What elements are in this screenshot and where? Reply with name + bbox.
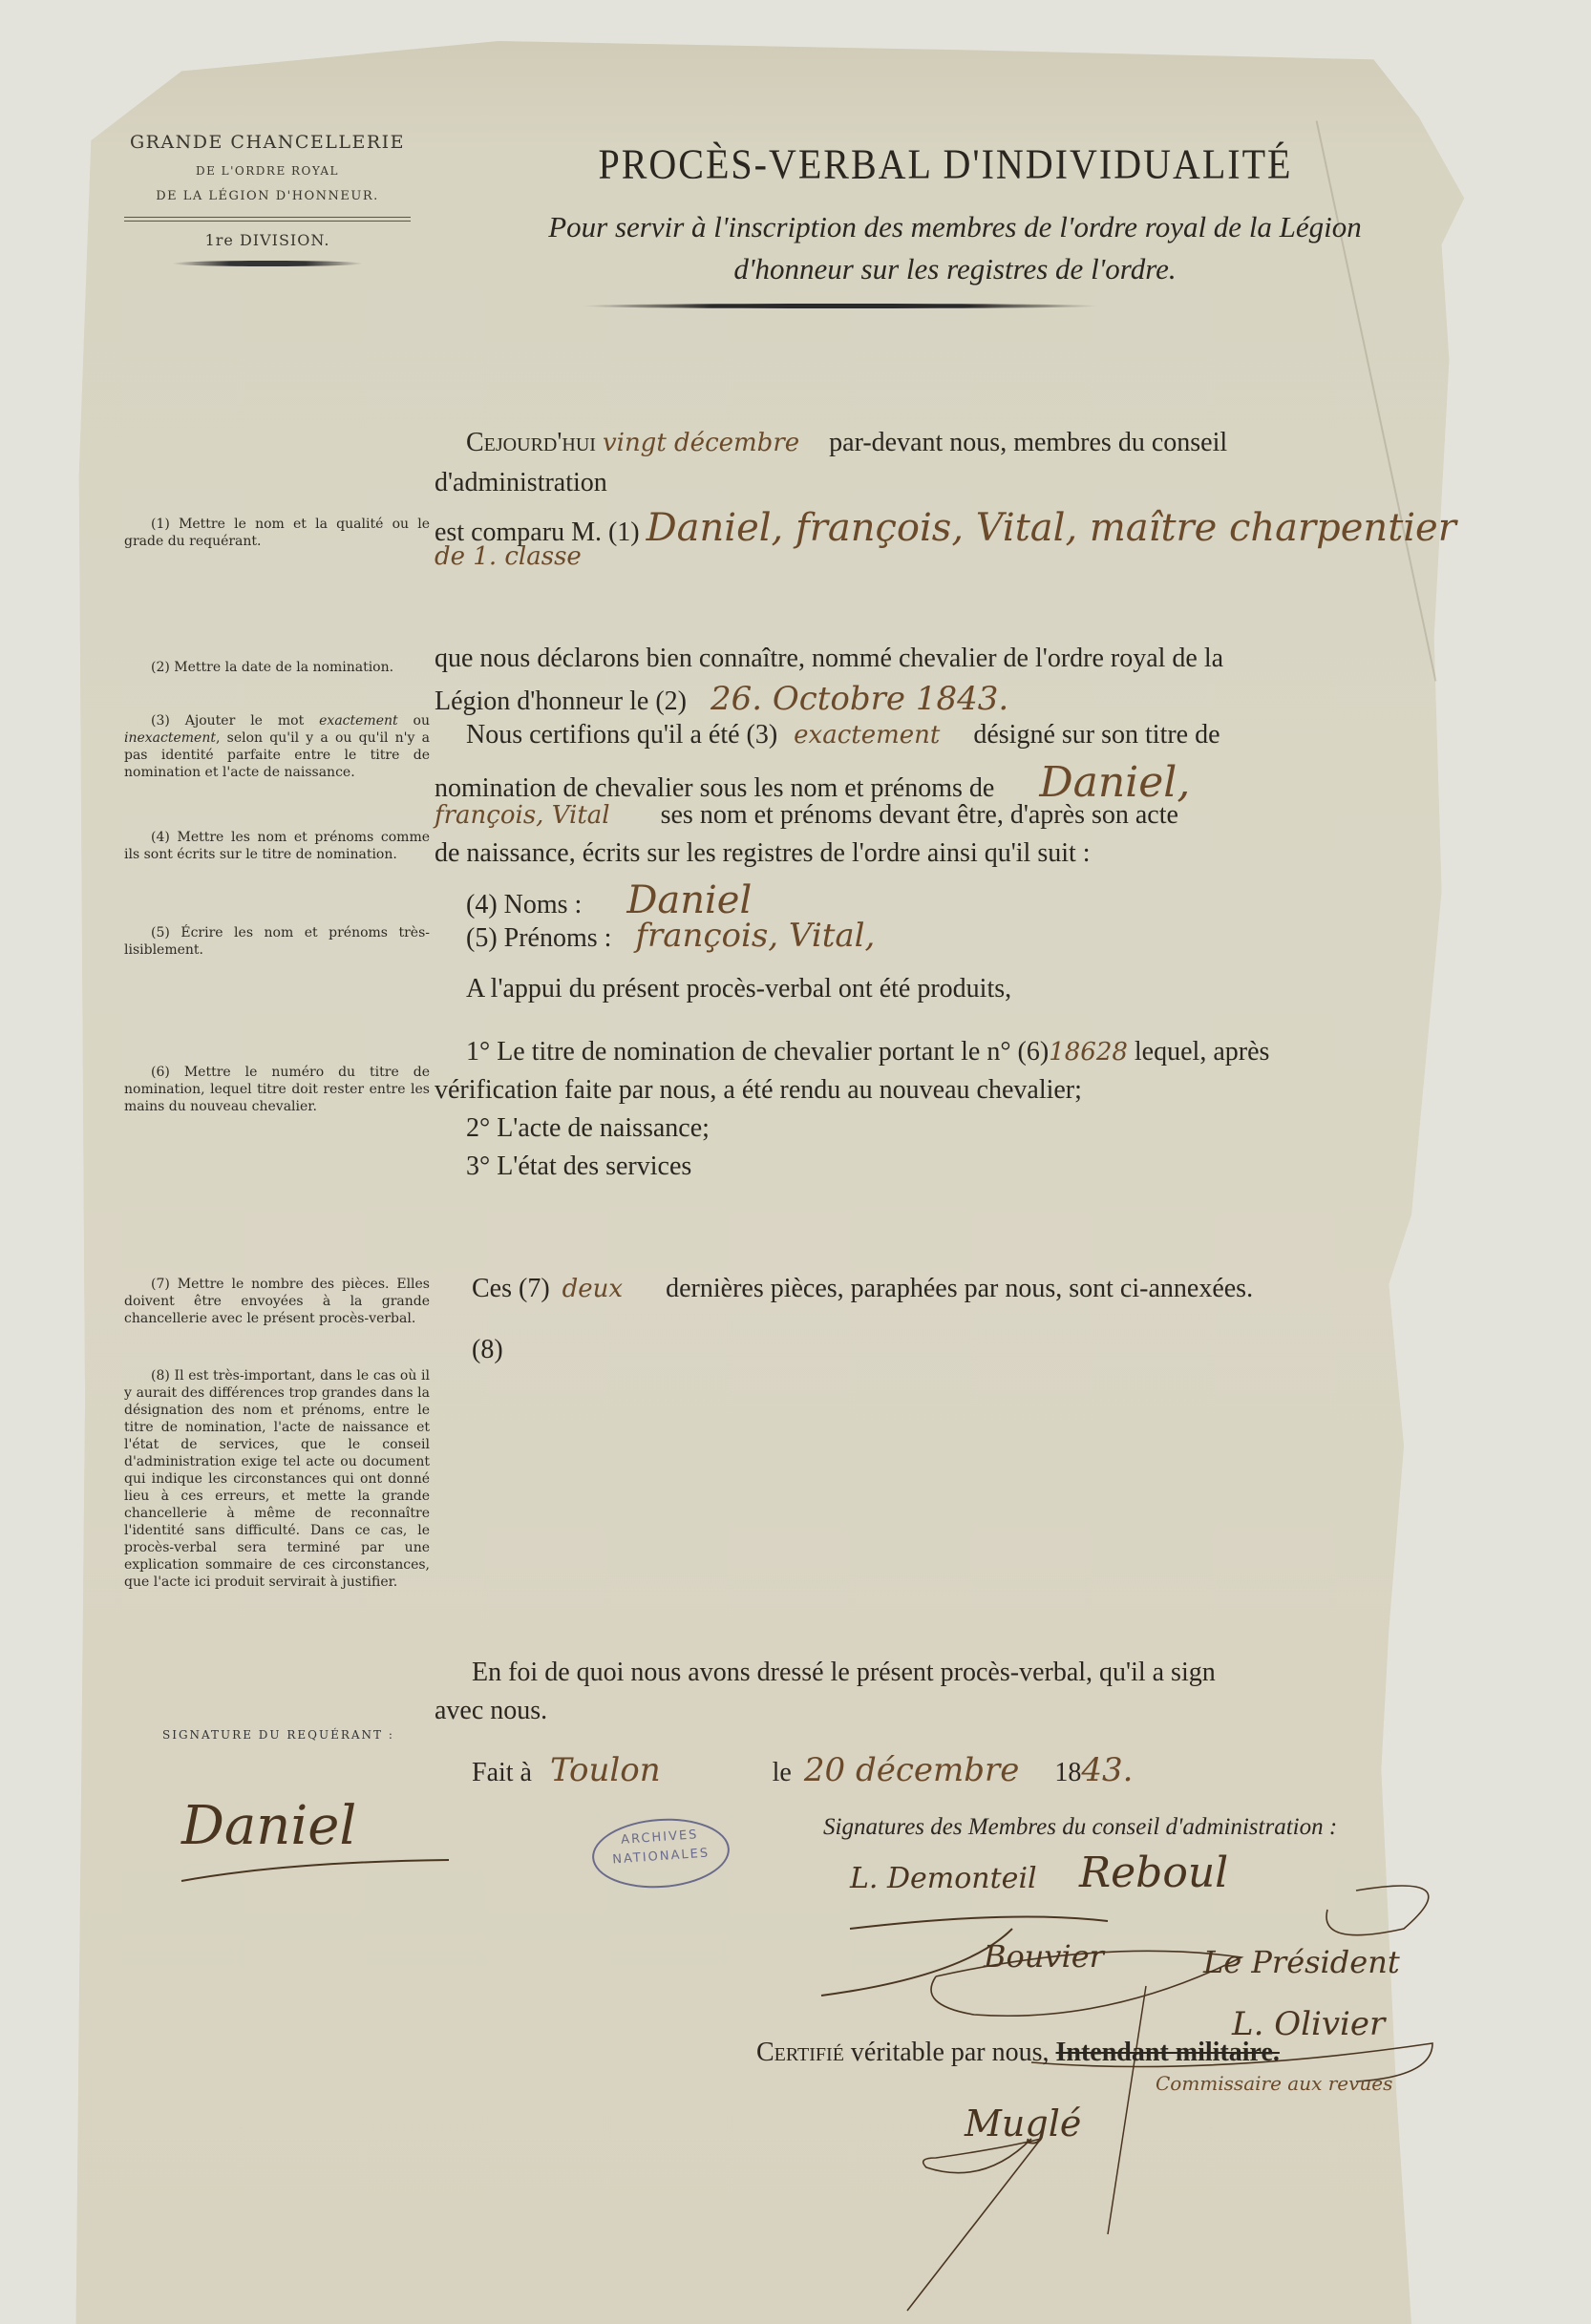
hand-fait-year: 43. xyxy=(1081,1751,1133,1789)
chancellery-header: GRANDE CHANCELLERIE DE L'ORDRE ROYAL DE … xyxy=(115,132,420,266)
signature-flourish xyxy=(172,1852,458,1891)
appui-line: A l'appui du présent procès-verbal ont é… xyxy=(466,974,1011,1004)
struck-intendant: Intendant militaire. xyxy=(1056,2038,1280,2067)
certifions-line: Nous certifions qu'il a été (3) exacteme… xyxy=(466,720,1220,750)
hand-day: vingt décembre xyxy=(603,429,799,457)
item-2-line: 2° L'acte de naissance; xyxy=(466,1113,710,1144)
en-foi-line: En foi de quoi nous avons dressé le prés… xyxy=(472,1658,1216,1688)
cejourdhui-line: Cejourd'hui vingt décembre par-devant no… xyxy=(466,428,1227,458)
hand-exactement: exactement xyxy=(794,721,940,750)
comparu-line: est comparu M. (1) Daniel, françois, Vit… xyxy=(435,506,1456,550)
requerant-signature: Daniel xyxy=(181,1795,356,1857)
mugle-flourish xyxy=(888,2129,1079,2320)
document-title: PROCÈS-VERBAL D'INDIVIDUALITÉ xyxy=(449,139,1442,189)
hand-requerant: Daniel, françois, Vital, maître charpent… xyxy=(647,506,1456,550)
naissance-line: de naissance, écrits sur les registres d… xyxy=(435,838,1091,869)
header-line-3: DE LA LÉGION D'HONNEUR. xyxy=(115,189,420,203)
title-ornament xyxy=(583,304,1098,308)
hand-requerant-class: de 1. classe xyxy=(435,542,582,571)
item-3-line: 3° L'état des services xyxy=(466,1151,691,1182)
hand-fait-date: 20 décembre xyxy=(804,1751,1020,1789)
margin-note-6: (6) Mettre le numéro du titre de nominat… xyxy=(124,1064,430,1115)
margin-note-2: (2) Mettre la date de la nomination. xyxy=(124,659,430,676)
margin-note-8: (8) Il est très-important, dans le cas o… xyxy=(124,1367,430,1591)
hand-nomination-date: 26. Octobre 1843. xyxy=(711,680,1008,718)
margin-note-3: (3) Ajouter le mot exactement ou inexact… xyxy=(124,712,430,781)
item-1-line: 1° Le titre de nomination de chevalier p… xyxy=(466,1037,1269,1067)
declarons-line: que nous déclarons bien connaître, nommé… xyxy=(435,644,1223,674)
hand-prenoms: françois, Vital xyxy=(435,801,610,830)
header-line-1: GRANDE CHANCELLERIE xyxy=(115,132,420,153)
subtitle-line-1: Pour servir à l'inscription des membres … xyxy=(420,206,1490,248)
legion-line: Légion d'honneur le (2) 26. Octobre 1843… xyxy=(435,680,1008,718)
hand-prenoms-value: françois, Vital, xyxy=(635,917,875,955)
prenoms-line: françois, Vital ses nom et prénoms devan… xyxy=(435,800,1178,831)
administration-line: d'administration xyxy=(435,468,607,498)
hand-place: Toulon xyxy=(550,1751,661,1789)
header-ornament xyxy=(172,261,363,266)
subtitle-line-2: d'honneur sur les registres de l'ordre. xyxy=(420,248,1490,290)
header-line-2: DE L'ORDRE ROYAL xyxy=(115,164,420,178)
certifie-line: Certifié véritable par nous, Intendant m… xyxy=(756,2038,1280,2068)
header-rule xyxy=(124,217,411,222)
margin-note-7: (7) Mettre le nombre des pièces. Elles d… xyxy=(124,1276,430,1327)
margin-note-4: (4) Mettre les nom et prénoms comme ils … xyxy=(124,829,430,863)
margin-note-5: (5) Écrire les nom et prénoms très-lisib… xyxy=(124,924,430,959)
avec-nous-line: avec nous. xyxy=(435,1696,547,1726)
signature-requerant-label: SIGNATURE DU REQUÉRANT : xyxy=(162,1728,394,1742)
item-1-line-2: vérification faite par nous, a été rendu… xyxy=(435,1075,1082,1106)
pieces-line: Ces (7) deux dernières pièces, paraphées… xyxy=(472,1274,1253,1304)
document-subtitle: Pour servir à l'inscription des membres … xyxy=(420,206,1490,290)
fait-a-line: Fait à Toulon le 20 décembre 1843. xyxy=(472,1751,1133,1789)
hand-pieces-count: deux xyxy=(562,1275,623,1303)
hand-titre-numero: 18628 xyxy=(1049,1038,1128,1067)
margin-note-1: (1) Mettre le nom et la qualité ou le gr… xyxy=(124,516,430,550)
prenoms-value-line: (5) Prénoms : françois, Vital, xyxy=(466,917,875,955)
hand-commissaire: Commissaire aux revues xyxy=(1156,2072,1392,2095)
note-8-marker: (8) xyxy=(472,1335,503,1365)
signatures-label: Signatures des Membres du conseil d'admi… xyxy=(823,1814,1337,1841)
division-label: 1re DIVISION. xyxy=(115,231,420,249)
